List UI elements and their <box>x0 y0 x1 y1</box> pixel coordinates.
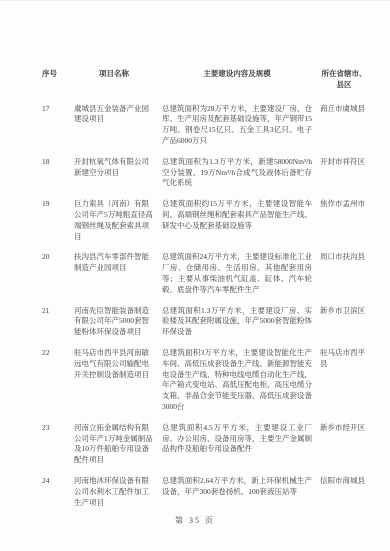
construction-content: 总建筑面积4.5万平方米，主要建设工业厂房、办公用房、设备用房等，主要生产金属制… <box>162 423 312 466</box>
table-row: 18 开封杭氧气体有限公司新建空分项目 总建筑面积为1.3万平方米，新建5800… <box>42 157 372 189</box>
construction-content: 总建筑面积为1.3万平方米，新建58000Nm³/h空分装置、19万Nm³/h合… <box>162 157 312 189</box>
table-row: 22 驻马店市西平县河南敏远电气有限公司输配电开关控制设备制造项目 总建筑面积3… <box>42 348 372 413</box>
construction-content: 总建筑面积24万平方米，主要建设标准化工业厂房、仓储用房、生活用房、其他配套用房… <box>162 252 312 295</box>
project-location: 焦作市孟州市 <box>320 199 368 242</box>
project-location: 周口市扶沟县 <box>320 252 368 295</box>
header-construction-content: 主要建设内容及规模 <box>162 69 312 91</box>
project-name: 巨力索具（河南）有限公司年产5万吨粗直径高端钢丝绳及配套索具项目 <box>74 199 154 242</box>
project-name: 虞城县五金装备产业园建设项目 <box>74 104 154 147</box>
row-serial-number: 22 <box>42 348 66 413</box>
page-number: 第 35 页 <box>0 515 390 526</box>
table-row: 20 扶沟县汽车零部件智能制造产业园项目 总建筑面积24万平方米，主要建设标准化… <box>42 252 372 295</box>
table-row: 24 河南地沐环保设备有限公司水利水工配件加工生产项目 总建筑面积2.64万平方… <box>42 476 372 508</box>
row-serial-number: 19 <box>42 199 66 242</box>
project-name: 河南先臣智能装备制造有限公司年产5000套智能粉体环保设备项目 <box>74 306 154 338</box>
construction-content: 总建筑面积2.64万平方米，新上环保机械生产设备，年产300套卷扬机、100套液… <box>162 476 312 508</box>
header-location: 所在省辖市、县区 <box>320 69 368 91</box>
row-serial-number: 20 <box>42 252 66 295</box>
table-row: 23 河南立拓金属结构有限公司年产1万吨金属制品及10万件船舶专用设备配件项目 … <box>42 423 372 466</box>
row-serial-number: 18 <box>42 157 66 189</box>
project-location: 驻马店市西平县 <box>320 348 368 413</box>
project-name: 河南立拓金属结构有限公司年产1万吨金属制品及10万件船舶专用设备配件项目 <box>74 423 154 466</box>
table-header: 序号 项目名称 主要建设内容及规模 所在省辖市、县区 <box>42 69 372 91</box>
project-name: 扶沟县汽车零部件智能制造产业园项目 <box>74 252 154 295</box>
header-serial-number: 序号 <box>42 69 66 91</box>
construction-content: 总建筑面积约15万平方米，主要建设智能车间、高端钢丝绳和配套索具产品智能生产线、… <box>162 199 312 242</box>
construction-content: 总建筑面积3万平方米，主要建设智能化生产车间、高低压成套设备生产线、新能源智能充… <box>162 348 312 413</box>
row-serial-number: 24 <box>42 476 66 508</box>
project-table: 序号 项目名称 主要建设内容及规模 所在省辖市、县区 17 虞城县五金装备产业园… <box>0 1 390 508</box>
document-page: 序号 项目名称 主要建设内容及规模 所在省辖市、县区 17 虞城县五金装备产业园… <box>0 0 390 551</box>
construction-content: 总建筑面积1.3万平方米，主要建设厂房、实验楼及其配套附属设施，年产5000套智… <box>162 306 312 338</box>
table-row: 19 巨力索具（河南）有限公司年产5万吨粗直径高端钢丝绳及配套索具项目 总建筑面… <box>42 199 372 242</box>
project-name: 驻马店市西平县河南敏远电气有限公司输配电开关控制设备制造项目 <box>74 348 154 413</box>
row-serial-number: 17 <box>42 104 66 147</box>
project-location: 商丘市虞城县 <box>320 104 368 147</box>
row-serial-number: 21 <box>42 306 66 338</box>
header-project-name: 项目名称 <box>74 69 154 91</box>
project-location: 信阳市商城县 <box>320 476 368 508</box>
table-body: 17 虞城县五金装备产业园建设项目 总建筑面积为28万平方米，主要建设厂房、仓库… <box>42 104 372 509</box>
project-name: 河南地沐环保设备有限公司水利水工配件加工生产项目 <box>74 476 154 508</box>
project-name: 开封杭氧气体有限公司新建空分项目 <box>74 157 154 189</box>
table-row: 17 虞城县五金装备产业园建设项目 总建筑面积为28万平方米，主要建设厂房、仓库… <box>42 104 372 147</box>
construction-content: 总建筑面积为28万平方米，主要建设厂房、仓库、生产用房及配套基础设施等，年产钢带… <box>162 104 312 147</box>
project-location: 开封市祥符区 <box>320 157 368 189</box>
table-row: 21 河南先臣智能装备制造有限公司年产5000套智能粉体环保设备项目 总建筑面积… <box>42 306 372 338</box>
project-location: 新乡市经开区 <box>320 423 368 466</box>
row-serial-number: 23 <box>42 423 66 466</box>
project-location: 新乡市卫滨区 <box>320 306 368 338</box>
